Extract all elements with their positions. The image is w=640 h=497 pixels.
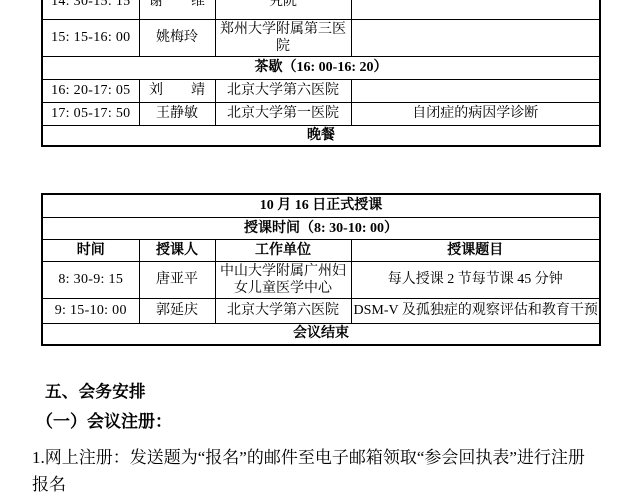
- cell-org: 北京大学第六医院: [215, 79, 351, 102]
- schedule-row-partial: 14: 30-15: 15 谢 维 究院: [42, 0, 600, 19]
- cell-topic: 每人授课 2 节每节课 45 分钟: [351, 261, 600, 298]
- header-time: 时间: [42, 239, 139, 261]
- cell-speaker: 刘 靖: [139, 79, 215, 102]
- cell-topic: [351, 19, 600, 56]
- header-topic: 授课题目: [351, 239, 600, 261]
- tea-break-row: 茶歇（16: 00-16: 20）: [42, 56, 600, 79]
- document-page: 14: 30-15: 15 谢 维 究院 15: 15-16: 00 姚梅玲 郑…: [0, 0, 640, 497]
- cell-topic: 自闭症的病因学诊断: [351, 102, 600, 125]
- cell-time: 9: 15-10: 00: [42, 298, 139, 323]
- cell-speaker: 唐亚平: [139, 261, 215, 298]
- cell-org: 究院: [215, 0, 351, 19]
- cell-speaker: 王静敏: [139, 102, 215, 125]
- tea-break-label: 茶歇（16: 00-16: 20）: [42, 56, 600, 79]
- cell-topic: [351, 79, 600, 102]
- lecture-row-0830: 8: 30-9: 15 唐亚平 中山大学附属广州妇女儿童医学中心 每人授课 2 …: [42, 261, 600, 298]
- cell-org: 中山大学附属广州妇女儿童医学中心: [215, 261, 351, 298]
- cell-topic: DSM-V 及孤独症的观察评估和教育干预: [351, 298, 600, 323]
- lecture-row-0915: 9: 15-10: 00 郭延庆 北京大学第六医院 DSM-V 及孤独症的观察评…: [42, 298, 600, 323]
- cell-time: 17: 05-17: 50: [42, 102, 139, 125]
- cell-time: 16: 20-17: 05: [42, 79, 139, 102]
- schedule-row-1705: 17: 05-17: 50 王静敏 北京大学第一医院 自闭症的病因学诊断: [42, 102, 600, 125]
- table-header-row: 时间 授课人 工作单位 授课题目: [42, 239, 600, 261]
- cell-time: 15: 15-16: 00: [42, 19, 139, 56]
- cell-topic: [351, 0, 600, 19]
- schedule-row-1620: 16: 20-17: 05 刘 靖 北京大学第六医院: [42, 79, 600, 102]
- closing-label: 会议结束: [42, 323, 600, 345]
- header-org: 工作单位: [215, 239, 351, 261]
- schedule-table-oct16: 10 月 16 日正式授课 授课时间（8: 30-10: 00） 时间 授课人 …: [41, 193, 601, 346]
- cell-speaker: 姚梅玲: [139, 19, 215, 56]
- cell-org: 北京大学第一医院: [215, 102, 351, 125]
- cell-time: 14: 30-15: 15: [42, 0, 139, 19]
- dinner-label: 晚餐: [42, 125, 600, 146]
- header-speaker: 授课人: [139, 239, 215, 261]
- cell-org: 北京大学第六医院: [215, 298, 351, 323]
- cell-org: 郑州大学附属第三医院: [215, 19, 351, 56]
- table-subtitle: 授课时间（8: 30-10: 00）: [42, 217, 600, 239]
- section-subheading: （一）会议注册：: [36, 407, 172, 432]
- cell-speaker: 郭延庆: [139, 298, 215, 323]
- dinner-row: 晚餐: [42, 125, 600, 146]
- cell-time: 8: 30-9: 15: [42, 261, 139, 298]
- schedule-row-1515: 15: 15-16: 00 姚梅玲 郑州大学附属第三医院: [42, 19, 600, 56]
- table-title: 10 月 16 日正式授课: [42, 194, 600, 217]
- registration-paragraph: 1.网上注册：发送题为“报名”的邮件至电子邮箱领取“参会回执表”进行注册报名: [32, 444, 598, 497]
- section-heading: 五、会务安排: [45, 378, 146, 402]
- closing-row: 会议结束: [42, 323, 600, 345]
- table-subtitle-row: 授课时间（8: 30-10: 00）: [42, 217, 600, 239]
- table-title-row: 10 月 16 日正式授课: [42, 194, 600, 217]
- schedule-table-oct15: 14: 30-15: 15 谢 维 究院 15: 15-16: 00 姚梅玲 郑…: [41, 0, 601, 147]
- cell-speaker: 谢 维: [139, 0, 215, 19]
